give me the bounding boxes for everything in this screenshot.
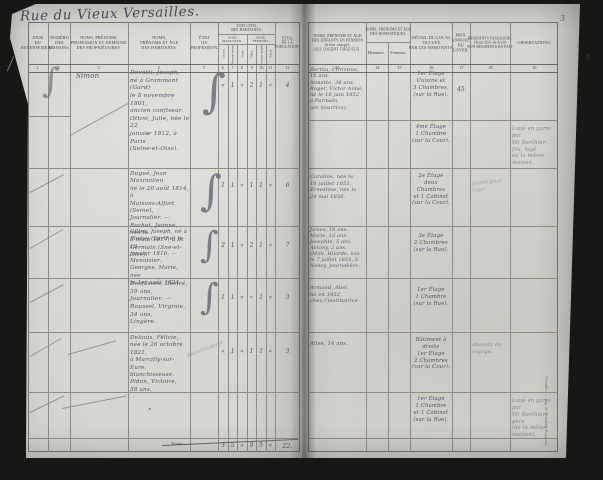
- paper-vignette: [6, 4, 580, 458]
- corner-squiggle: ʒ: [586, 52, 590, 60]
- scanned-census-page: ʒ Rue du Vieux Versailles. 3: [0, 0, 603, 480]
- register-paper: Rue du Vieux Versailles. 3: [6, 4, 580, 458]
- margin-pen-mark: [7, 56, 14, 71]
- page-stamp: Page 1.: [10, 441, 21, 445]
